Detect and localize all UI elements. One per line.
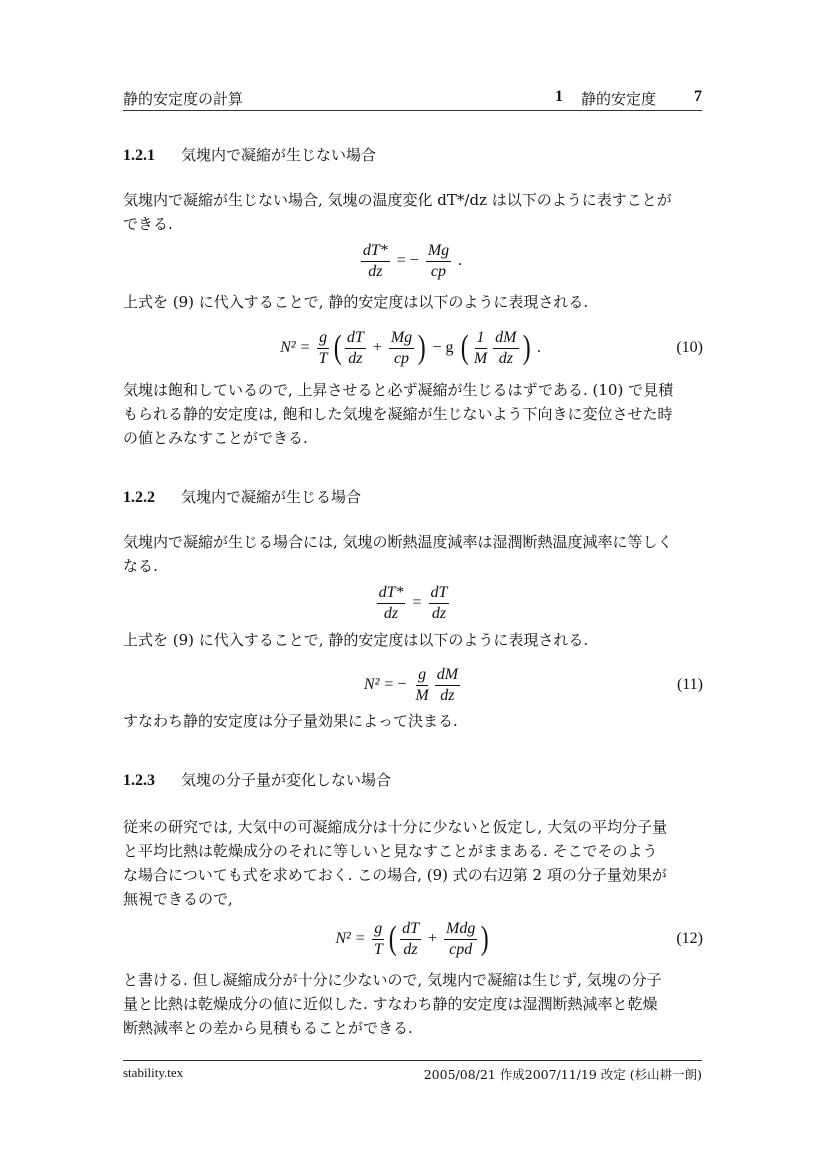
paragraph: すなわち静的安定度は分子量効果によって決まる. bbox=[123, 709, 703, 733]
paragraph: 従来の研究では, 大気中の可凝縮成分は十分に少ないと仮定し, 大気の平均分子量 … bbox=[123, 815, 703, 911]
subsection-heading-1-2-3: 1.2.3気塊の分子量が変化しない場合 bbox=[123, 769, 391, 790]
paragraph: 上式を (9) に代入することで, 静的安定度は以下のように表現される. bbox=[123, 290, 703, 314]
equation-number: (10) bbox=[676, 339, 703, 357]
footer-dates: 2005/08/21 作成2007/11/19 改定 (杉山耕一朗) bbox=[424, 1065, 702, 1083]
section-number: 1 bbox=[555, 88, 563, 109]
section-title: 静的安定度 bbox=[581, 88, 656, 109]
equation-12: N²= gT ( dTdz + Mdgcpd ) (12) bbox=[123, 914, 703, 964]
running-header: 静的安定度の計算 1 静的安定度 7 bbox=[123, 88, 702, 111]
document-page: 静的安定度の計算 1 静的安定度 7 1.2.1気塊内で凝縮が生じない場合 気塊… bbox=[0, 0, 826, 1169]
equation-unnumbered: dT*dz = − Mgcp . bbox=[123, 236, 703, 286]
subsection-heading-1-2-2: 1.2.2気塊内で凝縮が生じる場合 bbox=[123, 486, 361, 507]
equation-10: N²= gT ( dTdz + Mgcp ) − g ( 1M dMdz ) .… bbox=[123, 323, 703, 373]
subsection-heading-1-2-1: 1.2.1気塊内で凝縮が生じない場合 bbox=[123, 144, 376, 165]
equation-number: (11) bbox=[677, 676, 703, 694]
equation-11: N² = − gM dMdz (11) bbox=[123, 660, 703, 710]
header-right: 1 静的安定度 7 bbox=[555, 88, 702, 109]
running-footer: stability.tex 2005/08/21 作成2007/11/19 改定… bbox=[123, 1060, 702, 1065]
paragraph: と書ける. 但し凝縮成分が十分に少ないので, 気塊内で凝縮は生じず, 気塊の分子… bbox=[123, 968, 703, 1040]
page-number: 7 bbox=[694, 88, 702, 109]
equation-number: (12) bbox=[676, 930, 703, 948]
paragraph: 気塊は飽和しているので, 上昇させると必ず凝縮が生じるはずである. (10) で… bbox=[123, 378, 703, 450]
doc-title: 静的安定度の計算 bbox=[123, 88, 243, 109]
paragraph: 気塊内で凝縮が生じる場合には, 気塊の断熱温度減率は湿潤断熱温度減率に等しく な… bbox=[123, 530, 703, 578]
equation-unnumbered: dT*dz = dTdz bbox=[123, 578, 703, 628]
paragraph: 気塊内で凝縮が生じない場合, 気塊の温度変化 dT*/dz は以下のように表すこ… bbox=[123, 188, 703, 236]
footer-filename: stability.tex bbox=[123, 1065, 183, 1081]
paragraph: 上式を (9) に代入することで, 静的安定度は以下のように表現される. bbox=[123, 628, 703, 652]
